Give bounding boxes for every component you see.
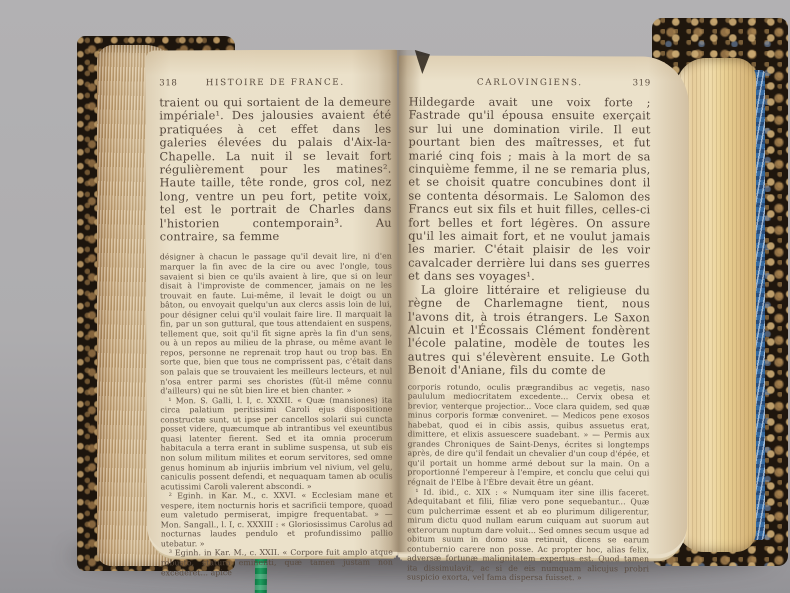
right-footnote-continuation: corporis rotundo, oculis prægrandibus ac… xyxy=(407,382,649,488)
left-page: 318 HISTOIRE DE FRANCE. traient ou qui s… xyxy=(145,50,399,553)
book-photo-scene: 318 HISTOIRE DE FRANCE. traient ou qui s… xyxy=(0,0,790,593)
right-page-paragraph-2: La gloire littéraire et religieuse du rè… xyxy=(408,283,650,378)
right-running-title: CARLOVINGIENS. xyxy=(439,78,621,89)
right-page-header: CARLOVINGIENS. 319 xyxy=(409,78,651,89)
left-footnote-2: ² Eginh. in Kar. M., c. XXVI. « Ecclesia… xyxy=(161,491,393,549)
right-page-paragraph-1: Hildegarde avait une voix forte ; Fastra… xyxy=(408,96,651,285)
right-page: CARLOVINGIENS. 319 Hildegarde avait une … xyxy=(397,55,689,554)
left-running-title: HISTOIRE DE FRANCE. xyxy=(189,78,361,89)
left-footnote-1: ¹ Mon. S. Galli, l. I, c. XXXII. « Quæ (… xyxy=(160,395,392,491)
right-page-number: 319 xyxy=(621,78,651,88)
right-footnote-1: ¹ Id. ibid., c. XIX : « Numquam iter sin… xyxy=(407,487,649,583)
left-footnote-continuation: désigner à chacun le passage qu'il devai… xyxy=(160,252,392,396)
left-page-header: 318 HISTOIRE DE FRANCE. xyxy=(159,78,391,89)
left-page-number: 318 xyxy=(159,78,189,88)
left-page-body-paragraph: traient ou qui sortaient de la demeure i… xyxy=(159,96,392,244)
left-footnote-3: ³ Eginh. in Kar. M., c. XXII. « Corpore … xyxy=(161,548,393,577)
